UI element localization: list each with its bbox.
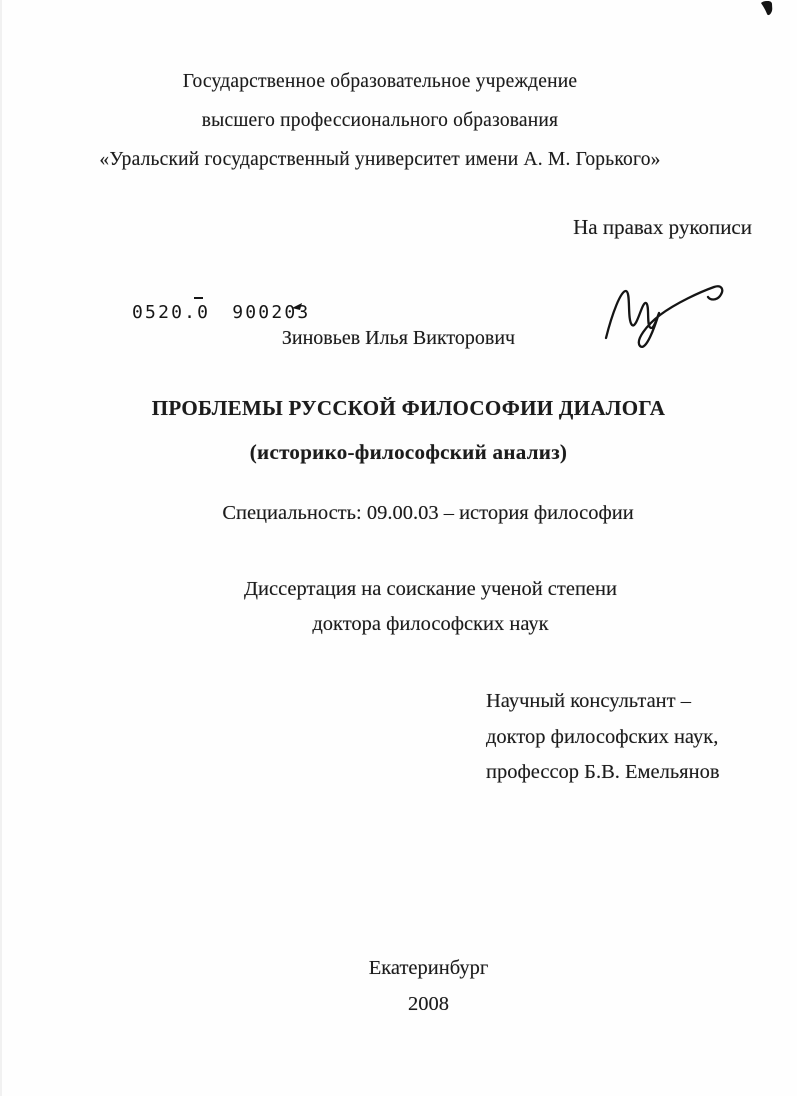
consultant-block: Научный консультант – доктор философских… — [486, 684, 720, 791]
dissertation-line-2: доктора философских наук — [64, 607, 797, 642]
institution-line-1: Государственное образовательное учрежден… — [0, 62, 760, 101]
accession-number-stamp: 0520.0900203 — [132, 302, 310, 323]
institution-header: Государственное образовательное учрежден… — [0, 62, 760, 179]
manuscript-rights-note: На правах рукописи — [573, 215, 752, 240]
imprint-year: 2008 — [60, 986, 797, 1022]
consultant-line-1: Научный консультант – — [486, 684, 720, 720]
dissertation-title-page: Государственное образовательное учрежден… — [0, 0, 797, 1096]
institution-line-3: «Уральский государственный университет и… — [0, 140, 760, 179]
ink-blot-mark — [760, 1, 776, 18]
signature-handwritten — [594, 268, 730, 360]
dissertation-line-1: Диссертация на соискание ученой степени — [64, 572, 797, 607]
specialty-line: Специальность: 09.00.03 – история филосо… — [59, 502, 797, 525]
dissertation-statement: Диссертация на соискание ученой степени … — [64, 572, 797, 642]
consultant-line-2: доктор философских наук, — [486, 720, 720, 756]
title-line-2: (историко-философский анализ) — [20, 430, 797, 474]
title-line-1: ПРОБЛЕМЫ РУССКОЙ ФИЛОСОФИИ ДИАЛОГА — [20, 386, 797, 430]
stamp-number-part1: 0520.0 — [132, 302, 210, 323]
institution-line-2: высшего профессионального образования — [0, 101, 760, 140]
stamp-overline-mark — [194, 297, 203, 299]
imprint-block: Екатеринбург 2008 — [60, 950, 797, 1022]
imprint-city: Екатеринбург — [60, 950, 797, 986]
dissertation-title: ПРОБЛЕМЫ РУССКОЙ ФИЛОСОФИИ ДИАЛОГА (исто… — [20, 386, 797, 474]
stamp-tick-mark — [292, 303, 304, 312]
consultant-line-3: профессор Б.В. Емельянов — [486, 755, 720, 791]
